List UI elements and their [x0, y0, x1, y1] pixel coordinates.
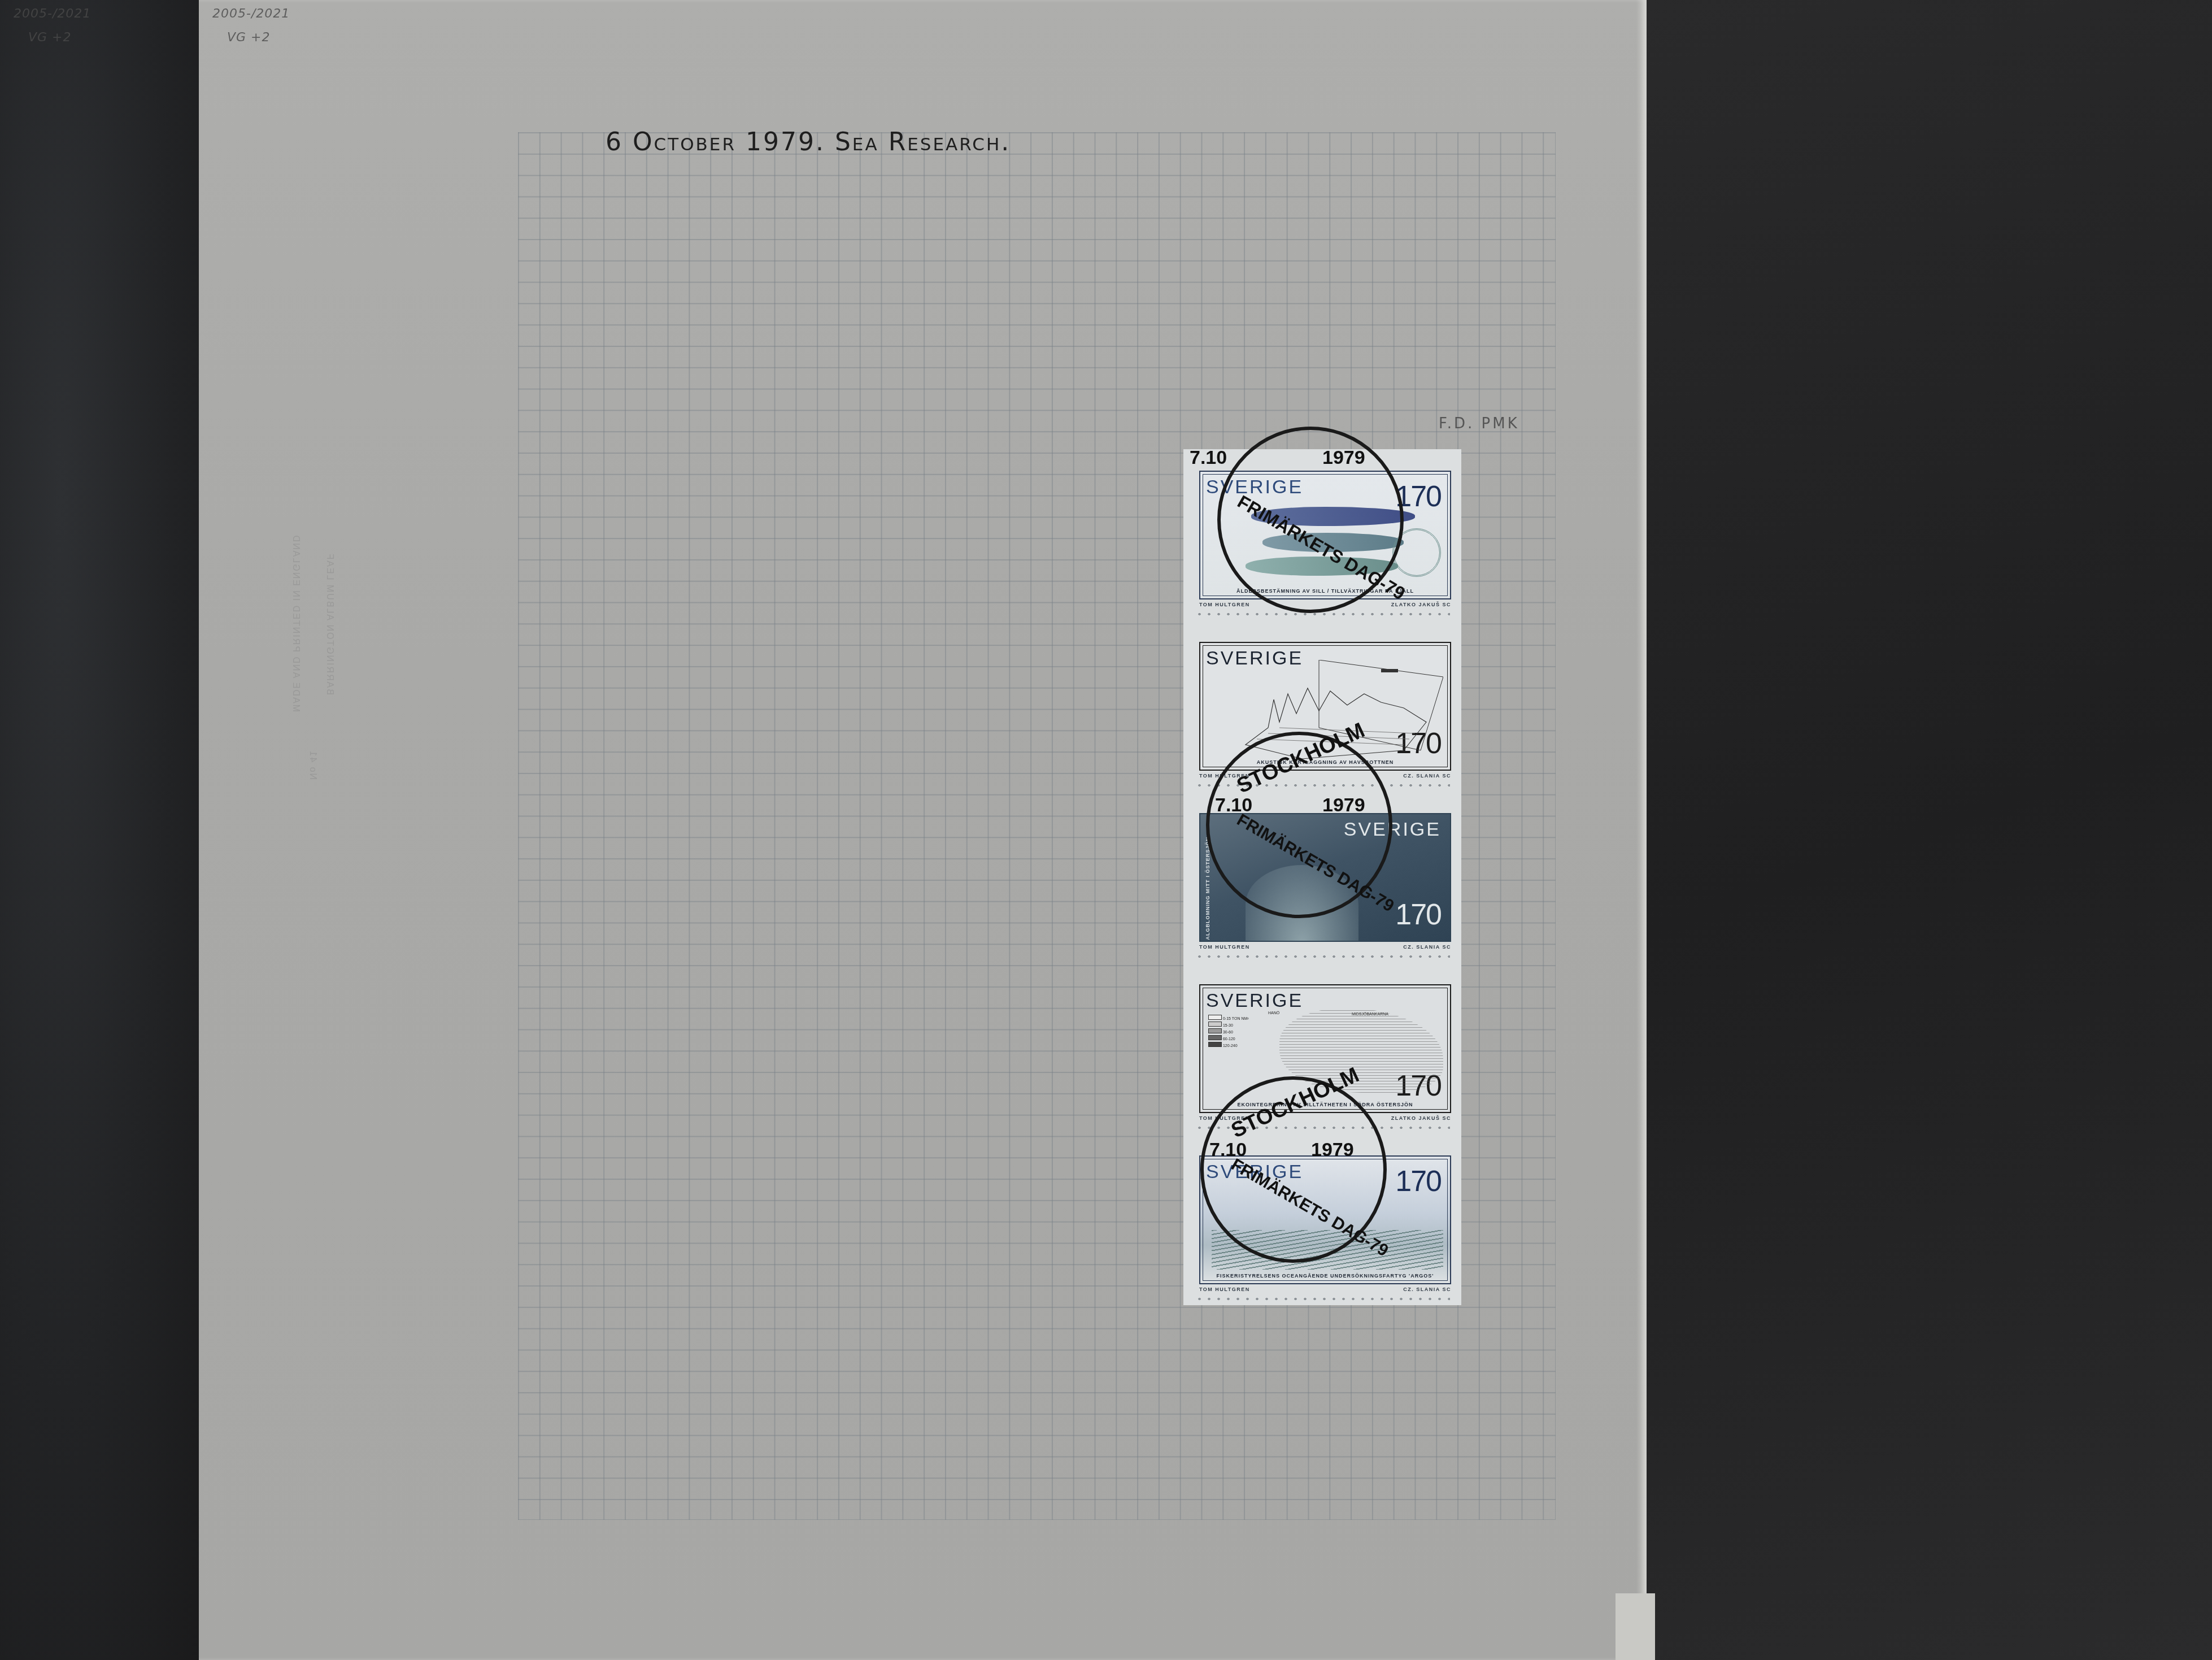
legend-item: 120-240: [1223, 1044, 1238, 1048]
pencil-note-grade: VG +2: [227, 31, 271, 45]
stamp-frame: SVERIGE 170 FISKERISTYRELSENS OCEANGÅEND…: [1199, 1155, 1451, 1284]
stamp-frame: SVERIGE 170 0-15 TON NM² 15-30 30-60 60-…: [1199, 984, 1451, 1113]
stamp-engraver: CZ. SLANIA SC: [1403, 1287, 1451, 1292]
perforation-row: [1195, 612, 1450, 616]
stamp-engraver: ZLATKO JAKUŠ SC: [1391, 602, 1451, 607]
stamp-designer: TOM HULTGREN: [1199, 1287, 1250, 1292]
stamp-caption: FISKERISTYRELSENS OCEANGÅENDE UNDERSÖKNI…: [1200, 1273, 1450, 1279]
fish-illustration: [1246, 557, 1398, 576]
fish-scale-icon: [1392, 528, 1441, 577]
watermark-line: No 41: [307, 750, 317, 780]
stamp-designer: TOM HULTGREN: [1199, 773, 1250, 779]
stamp-herring-age[interactable]: SVERIGE 170 ÅLDERSBESTÄMNING AV SILL / T…: [1183, 449, 1461, 620]
pencil-note-price: 2005-/2021: [14, 7, 91, 21]
stamp-algae-bloom[interactable]: SVERIGE 170 BLÅGRÖN ALGBLOMNING MITT I Ö…: [1183, 792, 1461, 963]
stamp-frame: SVERIGE 170 AKUSTISK KARTLÄGGNING AV HAV…: [1199, 642, 1451, 771]
page-edge: [1636, 0, 1647, 1660]
stamp-country: SVERIGE: [1206, 1161, 1303, 1183]
stamp-country: SVERIGE: [1206, 990, 1303, 1012]
legend-item: 15-30: [1223, 1024, 1233, 1028]
show-through-watermark: BARRINGTON ALBUM LEAF No 41 MADE AND PRI…: [272, 695, 357, 966]
dark-background-right: [1647, 0, 2212, 1660]
seabed-relief-illustration: [1234, 660, 1443, 762]
fish-illustration: [1251, 507, 1415, 526]
stamp-value: 170: [1395, 480, 1441, 514]
album-page: 2005-/2021 VG +2 6 October 1979. Sea Res…: [199, 0, 1647, 1660]
stamp-country: SVERIGE: [1206, 476, 1303, 498]
legend-item: 30-60: [1223, 1031, 1233, 1035]
dark-background-left: [0, 0, 203, 1660]
pencil-note-price: 2005-/2021: [212, 7, 290, 21]
pencil-note-grade: VG +2: [28, 31, 72, 45]
perforation-row: [1195, 954, 1450, 959]
first-day-postmark-note: F.D. PMK: [1439, 415, 1519, 432]
stamp-value: 170: [1395, 898, 1441, 932]
map-label: HANÖ: [1268, 1011, 1279, 1015]
stamp-frame: SVERIGE 170 ÅLDERSBESTÄMNING AV SILL / T…: [1199, 471, 1451, 599]
legend-item: 60-120: [1223, 1037, 1235, 1041]
stamp-country: SVERIGE: [1344, 819, 1441, 841]
stamp-engraver: CZ. SLANIA SC: [1403, 773, 1451, 779]
stamp-designer: TOM HULTGREN: [1199, 944, 1250, 950]
stamp-caption: EKOINTEGRERING AV SILLTÄTHETEN I SÖDRA Ö…: [1200, 1102, 1450, 1107]
perforation-row: [1195, 1126, 1450, 1130]
stamp-research-vessel-argos[interactable]: SVERIGE 170 FISKERISTYRELSENS OCEANGÅEND…: [1183, 1134, 1461, 1305]
stamp-caption: ÅLDERSBESTÄMNING AV SILL / TILLVÄXTRINGA…: [1200, 588, 1450, 594]
fish-illustration: [1262, 533, 1404, 552]
stamp-engraver: ZLATKO JAKUŠ SC: [1391, 1115, 1451, 1121]
legend-item: 0-15 TON NM²: [1223, 1017, 1249, 1021]
stamp-herring-density-map[interactable]: SVERIGE 170 0-15 TON NM² 15-30 30-60 60-…: [1183, 963, 1461, 1134]
algae-bloom-illustration: [1246, 865, 1358, 942]
stamp-engraver: CZ. SLANIA SC: [1403, 944, 1451, 950]
stamp-value: 170: [1395, 1164, 1441, 1198]
stamp-caption: BLÅGRÖN ALGBLOMNING MITT I ÖSTERSJÖN: [1205, 837, 1210, 942]
stamp-frame: SVERIGE 170 BLÅGRÖN ALGBLOMNING MITT I Ö…: [1199, 813, 1451, 942]
stamp-strip: SVERIGE 170 ÅLDERSBESTÄMNING AV SILL / T…: [1183, 449, 1461, 1305]
page-title: 6 October 1979. Sea Research.: [606, 128, 1011, 157]
stamp-acoustic-mapping[interactable]: SVERIGE 170 AKUSTISK KARTLÄGGNING AV HAV…: [1183, 620, 1461, 792]
stamp-designer: TOM HULTGREN: [1199, 1115, 1250, 1121]
stamp-designer: TOM HULTGREN: [1199, 602, 1250, 607]
stacked-page-edges: [1616, 1593, 1655, 1660]
sea-waves-illustration: [1212, 1230, 1443, 1270]
perforation-row: [1195, 783, 1450, 788]
watermark-line: BARRINGTON ALBUM LEAF: [324, 553, 334, 695]
watermark-line: MADE AND PRINTED IN ENGLAND: [290, 534, 301, 712]
perforation-row: [1195, 1297, 1450, 1301]
map-legend: 0-15 TON NM² 15-30 30-60 60-120 120-240: [1208, 1015, 1270, 1049]
stamp-caption: AKUSTISK KARTLÄGGNING AV HAVSBOTTNEN: [1200, 759, 1450, 765]
